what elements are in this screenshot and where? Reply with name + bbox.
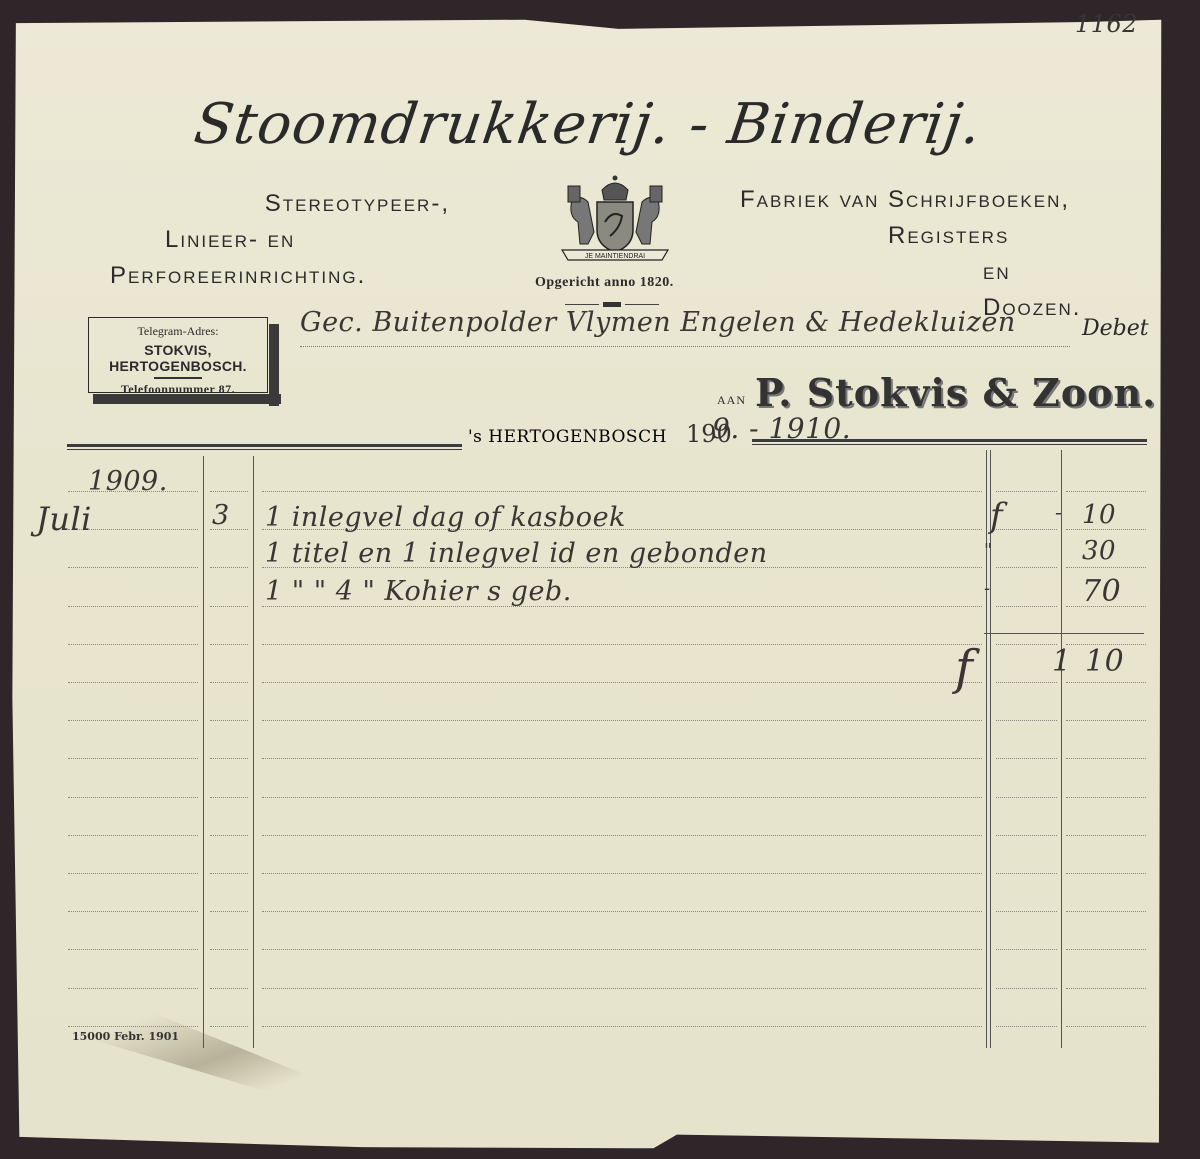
dotted-ruling [262, 758, 982, 759]
dotted-ruling [1066, 491, 1146, 492]
dotted-ruling [996, 1026, 1057, 1027]
dotted-ruling [996, 911, 1057, 912]
firm-name: P. Stokvis & Zoon. [755, 370, 1156, 415]
line-item-guilders: - [1055, 500, 1062, 524]
dotted-ruling [210, 835, 248, 836]
dotted-ruling [68, 644, 198, 645]
svg-text:JE MAINTIENDRAI: JE MAINTIENDRAI [585, 253, 645, 260]
left-heading-line: Stereotypeer-, [110, 186, 450, 222]
left-heading-line: Linieer- en [110, 222, 450, 258]
dotted-ruling [996, 835, 1057, 836]
ditto-mark: " [984, 540, 993, 561]
dotted-ruling [996, 720, 1057, 721]
dotted-ruling [1066, 1026, 1146, 1027]
dotted-ruling [262, 797, 982, 798]
entry-year: 1909. [88, 466, 168, 497]
city-name: 's HERTOGENBOSCH [468, 427, 667, 447]
dotted-ruling [996, 949, 1057, 950]
dotted-ruling [996, 988, 1057, 989]
dotted-ruling [262, 720, 982, 721]
column-divider-date [203, 456, 204, 1048]
printer-imprint: 15000 Febr. 1901 [72, 1030, 179, 1043]
dotted-ruling [1066, 567, 1146, 568]
header-rule-right [752, 439, 1147, 445]
dotted-ruling [262, 644, 982, 645]
royal-coat-of-arms-icon: JE MAINTIENDRAI [550, 172, 680, 267]
right-heading-line: Registers [740, 218, 1110, 254]
guilder-symbol: f [990, 496, 1003, 536]
dotted-ruling [262, 988, 982, 989]
dotted-ruling [210, 758, 248, 759]
dotted-ruling [1066, 682, 1146, 683]
dotted-ruling [68, 873, 198, 874]
dotted-ruling [68, 606, 198, 607]
right-heading-line: Fabriek van Schrijfboeken, [740, 182, 1110, 218]
archive-page-number: 1162 [1075, 10, 1138, 38]
dotted-ruling [210, 491, 248, 492]
dotted-ruling [1066, 949, 1146, 950]
debet-label: Debet [1082, 316, 1149, 341]
line-item-cents: 30 [1082, 536, 1116, 566]
dotted-ruling [68, 988, 198, 989]
dotted-ruling [68, 949, 198, 950]
dotted-ruling [996, 797, 1057, 798]
total-guilders: 1 [1052, 644, 1072, 679]
dotted-ruling [210, 797, 248, 798]
dotted-ruling [210, 644, 248, 645]
dotted-ruling [210, 606, 248, 607]
dotted-ruling [210, 682, 248, 683]
telegram-address: STOKVIS, HERTOGENBOSCH. [89, 342, 267, 374]
founded-year-text: Opgericht anno 1820. [535, 275, 674, 291]
dotted-ruling [68, 758, 198, 759]
entry-day: 3 [212, 500, 230, 531]
column-divider-cents [1061, 450, 1062, 1048]
line-item-description: 1 titel en 1 inlegvel id en gebonden [265, 538, 768, 569]
dotted-ruling [210, 720, 248, 721]
left-services-heading: Stereotypeer-, Linieer- en Perforeerinri… [110, 186, 450, 294]
dotted-ruling [210, 911, 248, 912]
ornamental-divider [565, 296, 665, 299]
dotted-ruling [1066, 720, 1146, 721]
dotted-ruling [210, 949, 248, 950]
dotted-ruling [996, 567, 1057, 568]
telephone-number: Telefoonnummer 87. [89, 382, 267, 397]
dotted-ruling [996, 606, 1057, 607]
dotted-ruling [68, 797, 198, 798]
dotted-ruling [1066, 911, 1146, 912]
telegram-label: Telegram-Adres: [89, 324, 267, 339]
dotted-ruling [68, 720, 198, 721]
dotted-ruling [1066, 758, 1146, 759]
dotted-ruling [1066, 797, 1146, 798]
dotted-ruling [1066, 835, 1146, 836]
total-cents: 10 [1085, 644, 1124, 679]
dotted-ruling [68, 911, 198, 912]
dotted-ruling [262, 682, 982, 683]
line-item-description: 1 inlegvel dag of kasboek [265, 502, 626, 533]
dotted-ruling [996, 529, 1057, 530]
dotted-ruling [262, 491, 982, 492]
ditto-mark: - [984, 578, 991, 599]
total-underline [984, 633, 1144, 634]
telegram-divider [154, 377, 202, 379]
left-heading-line: Perforeerinrichting. [110, 258, 450, 294]
dotted-ruling [210, 1026, 248, 1027]
dotted-ruling [996, 644, 1057, 645]
dotted-ruling [996, 682, 1057, 683]
dotted-ruling [68, 567, 198, 568]
dotted-ruling [996, 873, 1057, 874]
dotted-ruling [210, 988, 248, 989]
debtor-name: Gec. Buitenpolder Vlymen Engelen & Hedek… [300, 307, 1016, 338]
dotted-ruling [262, 835, 982, 836]
entry-month: Juli [36, 500, 92, 538]
dotted-ruling [68, 682, 198, 683]
dotted-ruling [262, 1026, 982, 1027]
dotted-ruling [68, 1026, 198, 1027]
column-divider-day [253, 456, 254, 1048]
dotted-ruling [210, 873, 248, 874]
header-rule-left [67, 444, 462, 450]
dotted-ruling [262, 911, 982, 912]
letterhead-title: Stoomdrukkerij. - Binderij. [190, 92, 986, 157]
dotted-ruling [1066, 873, 1146, 874]
telegram-address-box: Telegram-Adres: STOKVIS, HERTOGENBOSCH. … [88, 317, 268, 393]
aan-label: AAN [717, 393, 746, 408]
right-products-heading: Fabriek van Schrijfboeken, Registers en … [740, 182, 1110, 326]
line-item-cents: 10 [1082, 500, 1116, 530]
dotted-ruling [996, 491, 1057, 492]
dotted-ruling [210, 567, 248, 568]
dotted-ruling [1066, 988, 1146, 989]
line-item-cents: 70 [1082, 574, 1121, 609]
dotted-ruling [262, 949, 982, 950]
total-guilder-symbol: f [955, 640, 973, 696]
line-item-description: 1 " " 4 " Kohier s geb. [265, 576, 572, 607]
dotted-ruling [68, 835, 198, 836]
dotted-ruling [996, 758, 1057, 759]
dotted-ruling [262, 873, 982, 874]
